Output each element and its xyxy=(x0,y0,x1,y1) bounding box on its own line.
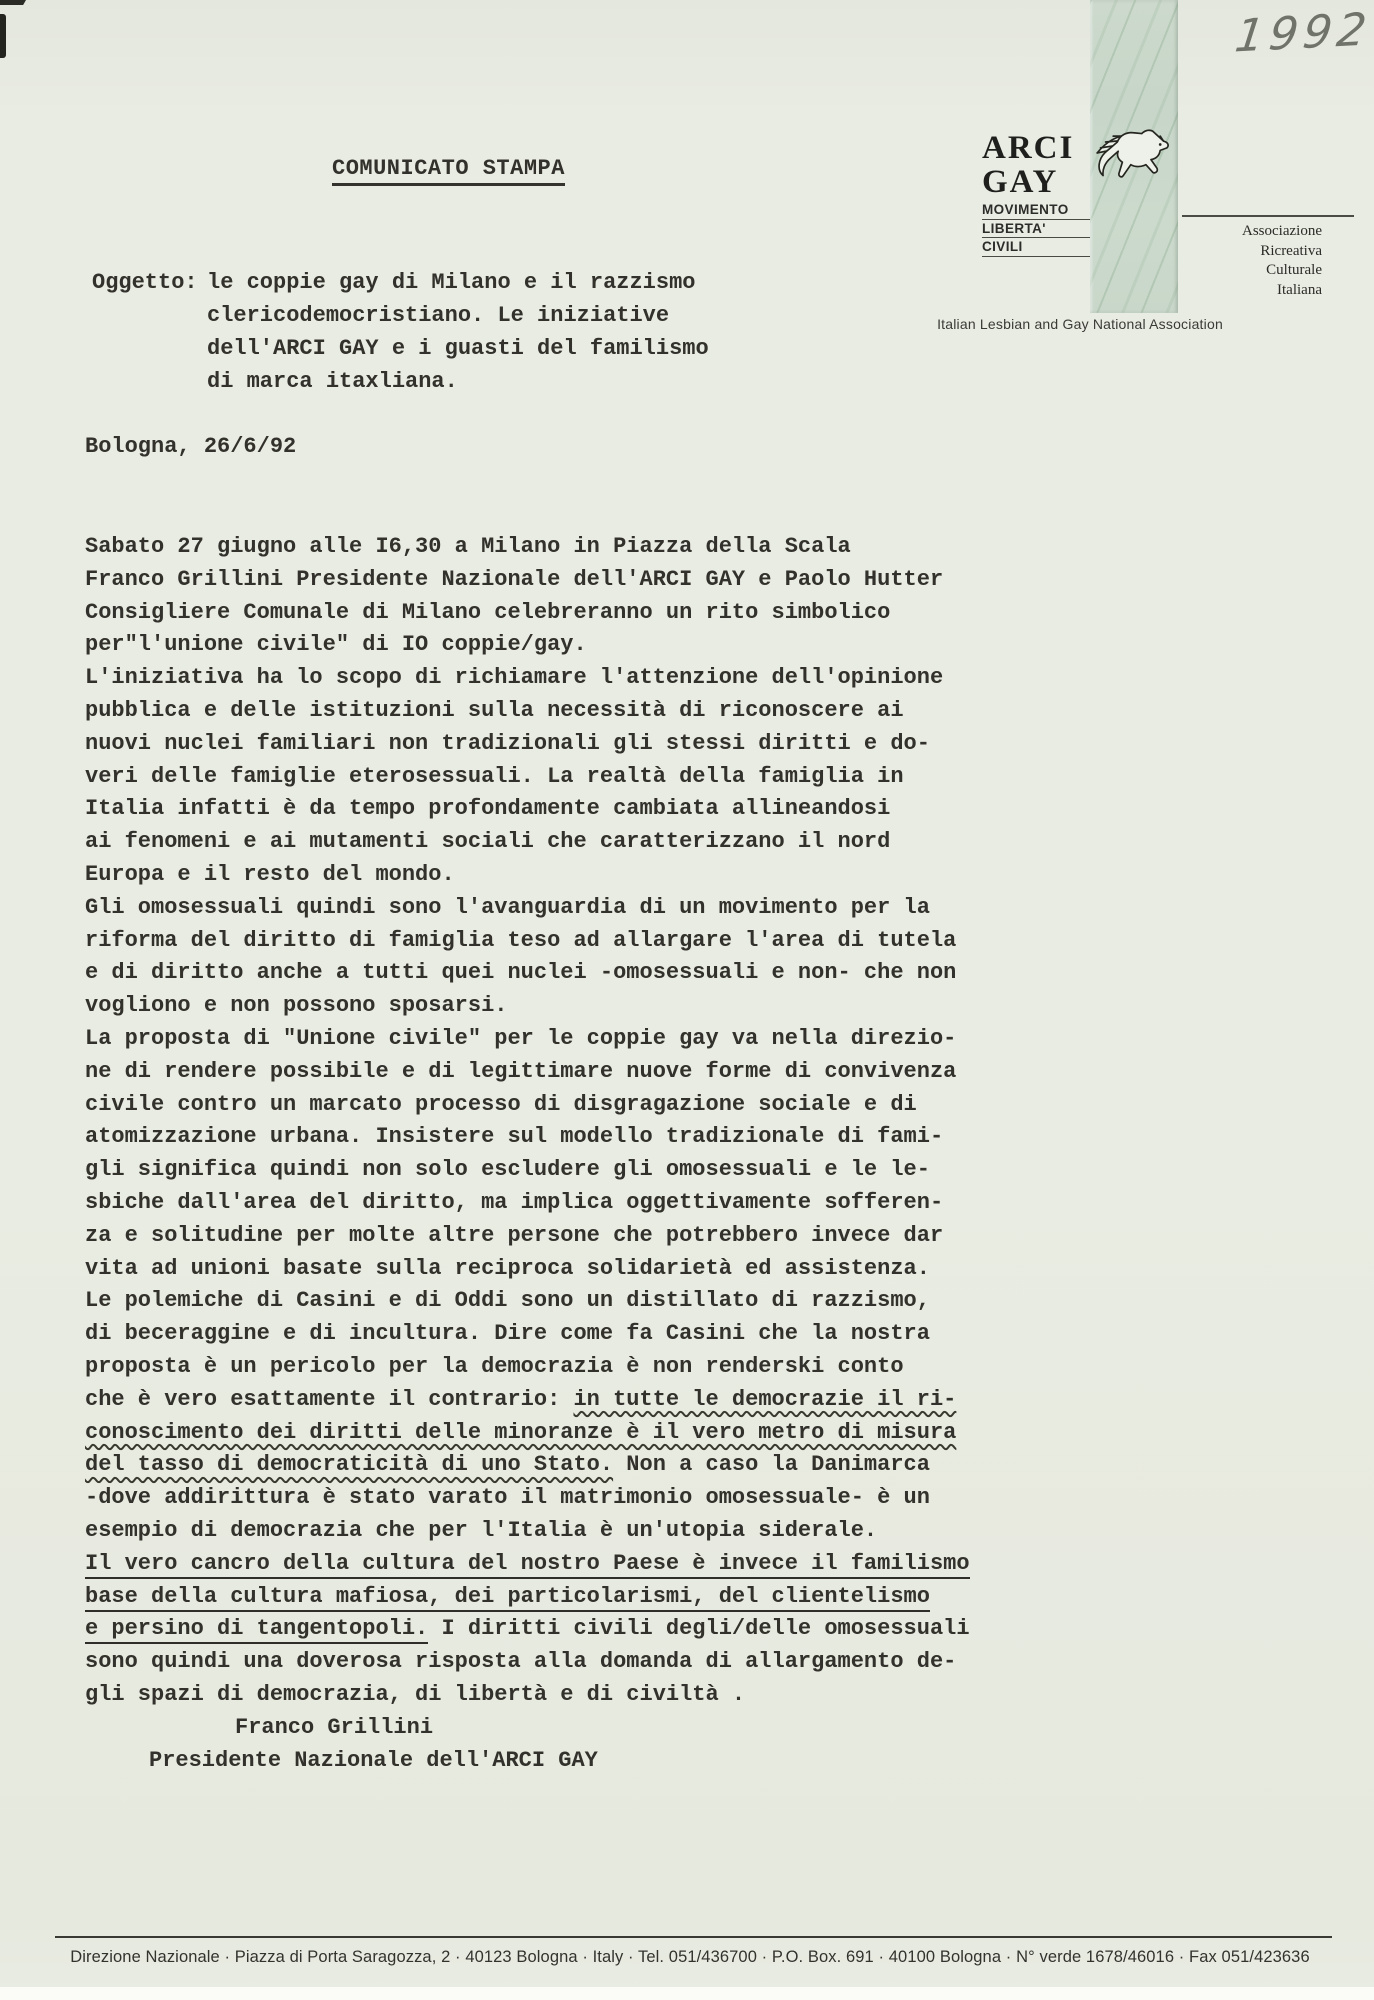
text-segment: civile contro un marcato processo di dis… xyxy=(85,1092,917,1117)
scan-edge-artifact xyxy=(0,0,26,5)
letterhead-divider-rule xyxy=(1182,215,1354,217)
text-segment: Consigliere Comunale di Milano celebrera… xyxy=(85,600,890,625)
text-segment: vita ad unioni basate sulla reciproca so… xyxy=(85,1256,930,1281)
document-title: COMUNICATO STAMPA xyxy=(332,156,565,186)
text-segment: ne di rendere possibile e di legittimare… xyxy=(85,1059,956,1084)
body-line: gli significa quindi non solo escludere … xyxy=(85,1154,1065,1187)
text-segment: L'iniziativa ha lo scopo di richiamare l… xyxy=(85,665,943,690)
body-line: vita ad unioni basate sulla reciproca so… xyxy=(85,1253,1065,1286)
text-segment: -dove addirittura è stato varato il matr… xyxy=(85,1485,930,1510)
logo-org-line2: GAY xyxy=(982,165,1090,199)
subject-label: Oggetto: xyxy=(92,266,207,398)
body-line: proposta è un pericolo per la democrazia… xyxy=(85,1351,1065,1384)
association-name-line: Ricreativa xyxy=(1082,242,1322,262)
footer-rule xyxy=(55,1936,1332,1938)
logo-org-line1: ARCI xyxy=(982,131,1090,165)
text-segment: sono quindi una doverosa risposta alla d… xyxy=(85,1649,956,1674)
body-line: Franco Grillini Presidente Nazionale del… xyxy=(85,564,1065,597)
text-segment: Gli omosessuali quindi sono l'avanguardi… xyxy=(85,895,930,920)
text-segment: vogliono e non possono sposarsi. xyxy=(85,993,507,1018)
body-line: Italia infatti è da tempo profondamente … xyxy=(85,793,1065,826)
text-segment: La proposta di "Unione civile" per le co… xyxy=(85,1026,956,1051)
body-line: L'iniziativa ha lo scopo di richiamare l… xyxy=(85,662,1065,695)
body-line: del tasso di democraticità di uno Stato.… xyxy=(85,1449,1065,1482)
subject-lines: le coppie gay di Milano e il razzismocle… xyxy=(207,266,709,398)
text-segment: che è vero esattamente il contrario: xyxy=(85,1387,573,1412)
dateline: Bologna, 26/6/92 xyxy=(85,434,296,459)
association-name-line: Culturale xyxy=(1082,261,1322,281)
text-segment: Europa e il resto del mondo. xyxy=(85,862,455,887)
handwritten-year-note: 1992 xyxy=(1232,3,1374,63)
body-line: Le polemiche di Casini e di Oddi sono un… xyxy=(85,1285,1065,1318)
logo-movement-line: LIBERTA' xyxy=(982,220,1090,239)
logo-movement-line: MOVIMENTO xyxy=(982,201,1090,220)
body-line: Europa e il resto del mondo. xyxy=(85,859,1065,892)
subject-line: di marca itaxliana. xyxy=(207,365,709,398)
underlined-text: conoscimento dei diritti delle minoranze… xyxy=(85,1420,956,1445)
body-line: Il vero cancro della cultura del nostro … xyxy=(85,1548,1065,1581)
signature-name: Franco Grillini xyxy=(235,1712,598,1745)
text-segment: e di diritto anche a tutti quei nuclei -… xyxy=(85,960,956,985)
subject-line: dell'ARCI GAY e i guasti del familismo xyxy=(207,332,709,365)
subject-line: le coppie gay di Milano e il razzismo xyxy=(207,266,709,299)
body-line: vogliono e non possono sposarsi. xyxy=(85,990,1065,1023)
body-line: ai fenomeni e ai mutamenti sociali che c… xyxy=(85,826,1065,859)
text-segment: per"l'unione civile" di IO coppie/gay. xyxy=(85,632,587,657)
logo-movement-line: CIVILI xyxy=(982,238,1090,257)
text-segment: nuovi nuclei familiari non tradizionali … xyxy=(85,731,930,756)
text-segment: gli significa quindi non solo escludere … xyxy=(85,1157,930,1182)
text-segment: riforma del diritto di famiglia teso ad … xyxy=(85,928,956,953)
body-line: nuovi nuclei familiari non tradizionali … xyxy=(85,728,1065,761)
body-line: pubblica e delle istituzioni sulla neces… xyxy=(85,695,1065,728)
underlined-text: in tutte le democrazie il ri- xyxy=(573,1387,956,1412)
body-line: base della cultura mafiosa, dei particol… xyxy=(85,1581,1065,1614)
signature-title: Presidente Nazionale dell'ARCI GAY xyxy=(149,1745,598,1778)
body-line: La proposta di "Unione civile" per le co… xyxy=(85,1023,1065,1056)
body-line: veri delle famiglie eterosessuali. La re… xyxy=(85,761,1065,794)
logo-movement-lines: MOVIMENTOLIBERTA'CIVILI xyxy=(982,201,1090,257)
association-name-lines: AssociazioneRicreativaCulturaleItaliana xyxy=(1082,222,1322,300)
subject-line: clericodemocristiano. Le iniziative xyxy=(207,299,709,332)
body-line: e di diritto anche a tutti quei nuclei -… xyxy=(85,957,1065,990)
body-line: esempio di democrazia che per l'Italia è… xyxy=(85,1515,1065,1548)
underlined-text: del tasso di democraticità di uno Stato. xyxy=(85,1452,613,1477)
body-line: sbiche dall'area del diritto, ma implica… xyxy=(85,1187,1065,1220)
body-line: atomizzazione urbana. Insistere sul mode… xyxy=(85,1121,1065,1154)
arcigay-logotype: ARCI GAY MOVIMENTOLIBERTA'CIVILI xyxy=(982,131,1090,257)
body-line: civile contro un marcato processo di dis… xyxy=(85,1089,1065,1122)
subject-block: Oggetto: le coppie gay di Milano e il ra… xyxy=(92,266,709,398)
association-name-line: Italiana xyxy=(1082,281,1322,301)
underlined-text: Il vero cancro della cultura del nostro … xyxy=(85,1551,970,1579)
text-segment: proposta è un pericolo per la democrazia… xyxy=(85,1354,904,1379)
text-segment: di beceraggine e di incultura. Dire come… xyxy=(85,1321,930,1346)
scanned-press-release: { "page": { "title": "COMUNICATO STAMPA"… xyxy=(0,0,1374,2000)
body-line: ne di rendere possibile e di legittimare… xyxy=(85,1056,1065,1089)
text-segment: Sabato 27 giugno alle I6,30 a Milano in … xyxy=(85,534,851,559)
text-segment: esempio di democrazia che per l'Italia è… xyxy=(85,1518,877,1543)
body-line: -dove addirittura è stato varato il matr… xyxy=(85,1482,1065,1515)
scan-edge-artifact xyxy=(0,14,6,58)
body-line: riforma del diritto di famiglia teso ad … xyxy=(85,925,1065,958)
text-segment: atomizzazione urbana. Insistere sul mode… xyxy=(85,1124,943,1149)
body-line: conoscimento dei diritti delle minoranze… xyxy=(85,1417,1065,1450)
body-line: che è vero esattamente il contrario: in … xyxy=(85,1384,1065,1417)
body-line: Consigliere Comunale di Milano celebrera… xyxy=(85,597,1065,630)
text-segment: gli spazi di democrazia, di libertà e di… xyxy=(85,1682,745,1707)
body-line: di beceraggine e di incultura. Dire come… xyxy=(85,1318,1065,1351)
text-segment: Le polemiche di Casini e di Oddi sono un… xyxy=(85,1288,930,1313)
body-text: Sabato 27 giugno alle I6,30 a Milano in … xyxy=(85,531,1065,1712)
body-line: per"l'unione civile" di IO coppie/gay. xyxy=(85,629,1065,662)
text-segment: sbiche dall'area del diritto, ma implica… xyxy=(85,1190,943,1215)
text-segment: Franco Grillini Presidente Nazionale del… xyxy=(85,567,943,592)
text-segment: za e solitudine per molte altre persone … xyxy=(85,1223,943,1248)
underlined-text: base della cultura mafiosa, dei particol… xyxy=(85,1584,930,1612)
pegasus-icon xyxy=(1093,124,1177,202)
body-line: e persino di tangentopoli. I diritti civ… xyxy=(85,1613,1065,1646)
body-line: za e solitudine per molte altre persone … xyxy=(85,1220,1065,1253)
underlined-text: e persino di tangentopoli. xyxy=(85,1616,428,1644)
text-segment: veri delle famiglie eterosessuali. La re… xyxy=(85,764,904,789)
signature-block: Franco Grillini Presidente Nazionale del… xyxy=(85,1712,598,1778)
text-segment: Italia infatti è da tempo profondamente … xyxy=(85,796,890,821)
english-association-caption: Italian Lesbian and Gay National Associa… xyxy=(930,316,1230,332)
text-segment: pubblica e delle istituzioni sulla neces… xyxy=(85,698,904,723)
association-name-line: Associazione xyxy=(1082,222,1322,242)
body-line: sono quindi una doverosa risposta alla d… xyxy=(85,1646,1065,1679)
text-segment: Non a caso la Danimarca xyxy=(613,1452,930,1477)
scan-page-bottom-edge xyxy=(0,1987,1374,2000)
body-line: gli spazi di democrazia, di libertà e di… xyxy=(85,1679,1065,1712)
body-line: Sabato 27 giugno alle I6,30 a Milano in … xyxy=(85,531,1065,564)
text-segment: I diritti civili degli/delle omosessuali xyxy=(428,1616,969,1641)
footer-address-line: Direzione Nazionale · Piazza di Porta Sa… xyxy=(40,1948,1340,1967)
body-line: Gli omosessuali quindi sono l'avanguardi… xyxy=(85,892,1065,925)
text-segment: ai fenomeni e ai mutamenti sociali che c… xyxy=(85,829,890,854)
